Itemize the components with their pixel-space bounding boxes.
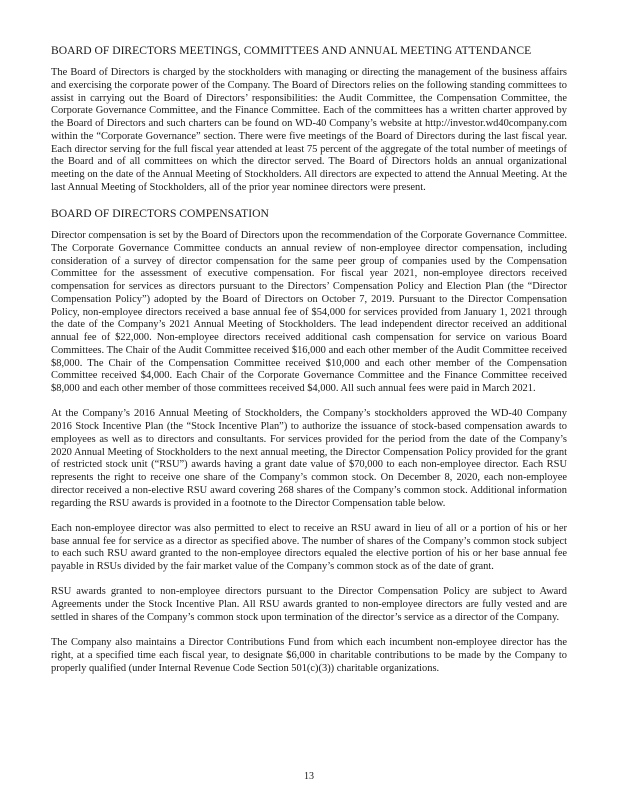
- page-number: 13: [0, 771, 618, 782]
- section-board-compensation: BOARD OF DIRECTORS COMPENSATION Director…: [51, 207, 567, 675]
- paragraph: Each non-employee director was also perm…: [51, 523, 567, 574]
- paragraph: RSU awards granted to non-employee direc…: [51, 586, 567, 624]
- section-board-meetings: BOARD OF DIRECTORS MEETINGS, COMMITTEES …: [51, 44, 567, 195]
- document-page: BOARD OF DIRECTORS MEETINGS, COMMITTEES …: [51, 44, 567, 688]
- section-heading: BOARD OF DIRECTORS MEETINGS, COMMITTEES …: [51, 44, 567, 58]
- paragraph: Director compensation is set by the Boar…: [51, 230, 567, 396]
- paragraph: The Company also maintains a Director Co…: [51, 637, 567, 675]
- paragraph: The Board of Directors is charged by the…: [51, 67, 567, 195]
- paragraph: At the Company’s 2016 Annual Meeting of …: [51, 408, 567, 510]
- section-heading: BOARD OF DIRECTORS COMPENSATION: [51, 207, 567, 221]
